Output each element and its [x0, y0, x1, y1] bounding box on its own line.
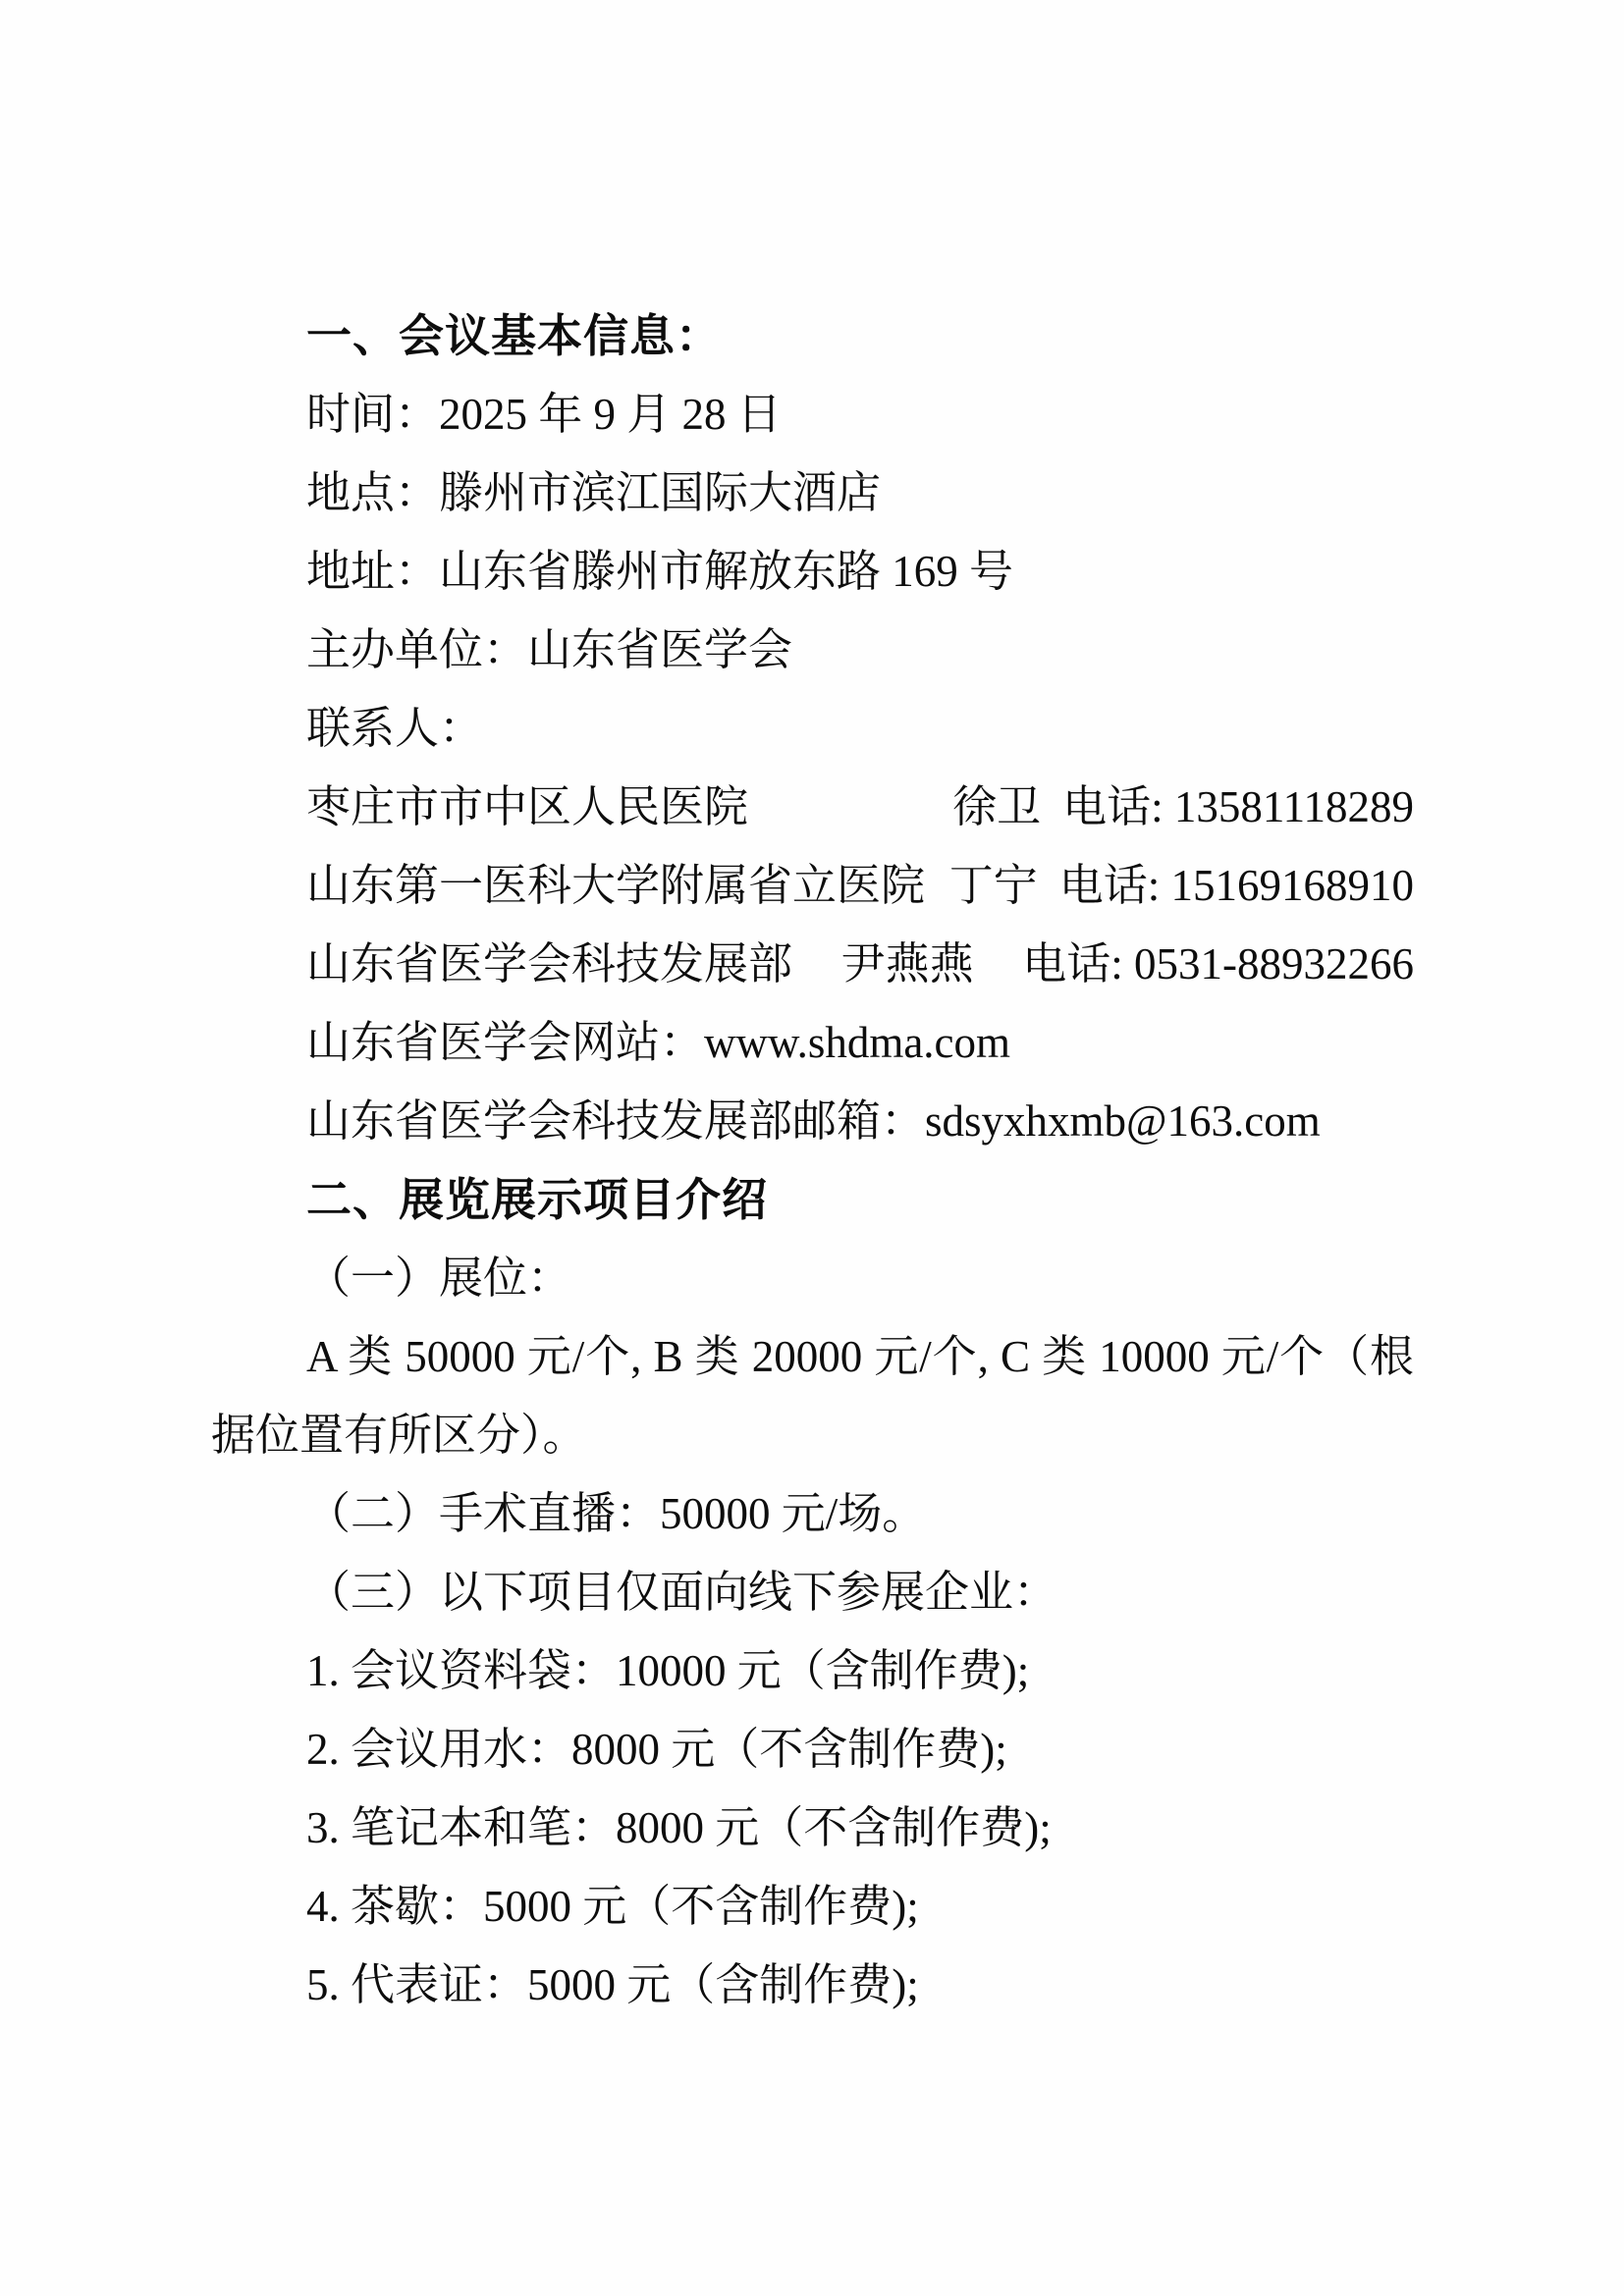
offline-item-4: 4. 茶歇：5000 元（不含制作费); [211, 1867, 1414, 1946]
contact-org: 山东省医学会科技发展部 [306, 925, 792, 1003]
offline-note-line: （三）以下项目仅面向线下参展企业： [211, 1553, 1414, 1631]
offline-item-2: 2. 会议用水：8000 元（不含制作费); [211, 1710, 1414, 1789]
meeting-venue: 地点：滕州市滨江国际大酒店 [211, 454, 1414, 532]
offline-item-3: 3. 笔记本和笔：8000 元（不含制作费); [211, 1789, 1414, 1867]
contact-phone: 电话: 13581118289 [1062, 782, 1414, 831]
booth-price-line1: A 类 50000 元/个, B 类 20000 元/个, C 类 10000 … [211, 1317, 1414, 1396]
contact-phone: 电话: 0531-88932266 [1022, 925, 1414, 1003]
booth-label: （一）展位： [211, 1239, 1414, 1317]
contact-phone: 电话: 15169168910 [1059, 861, 1414, 910]
contact-name: 丁宁 [949, 861, 1038, 910]
contact-org: 枣庄市市中区人民医院 [306, 768, 748, 846]
offline-item-1: 1. 会议资料袋：10000 元（含制作费); [211, 1631, 1414, 1710]
booth-price-line2: 据位置有所区分）。 [211, 1396, 1414, 1474]
contact-row: 枣庄市市中区人民医院 徐卫电话: 13581118289 [211, 768, 1414, 846]
section1-heading: 一、会议基本信息： [211, 296, 1414, 375]
contacts-label: 联系人： [211, 689, 1414, 768]
contact-name: 尹燕燕 [841, 925, 974, 1003]
contact-row: 山东省医学会科技发展部 尹燕燕 电话: 0531-88932266 [211, 925, 1414, 1003]
contact-name-phone: 丁宁电话: 15169168910 [949, 846, 1414, 925]
meeting-organizer: 主办单位：山东省医学会 [211, 611, 1414, 689]
offline-item-5: 5. 代表证：5000 元（含制作费); [211, 1946, 1414, 2024]
document-page: 一、会议基本信息： 时间：2025 年 9 月 28 日 地点：滕州市滨江国际大… [0, 0, 1624, 2296]
contact-name-phone: 徐卫电话: 13581118289 [952, 768, 1414, 846]
society-email: 山东省医学会科技发展部邮箱：sdsyxhxmb@163.com [211, 1082, 1414, 1160]
meeting-address: 地址：山东省滕州市解放东路 169 号 [211, 532, 1414, 611]
document-body: 一、会议基本信息： 时间：2025 年 9 月 28 日 地点：滕州市滨江国际大… [211, 296, 1414, 2024]
society-website: 山东省医学会网站：www.shdma.com [211, 1003, 1414, 1082]
contact-name: 徐卫 [952, 782, 1041, 831]
contact-org: 山东第一医科大学附属省立医院 [306, 846, 925, 925]
section2-heading: 二、展览展示项目介绍 [211, 1160, 1414, 1239]
contact-row: 山东第一医科大学附属省立医院 丁宁电话: 15169168910 [211, 846, 1414, 925]
surgery-live-line: （二）手术直播：50000 元/场。 [211, 1474, 1414, 1553]
meeting-time: 时间：2025 年 9 月 28 日 [211, 375, 1414, 454]
